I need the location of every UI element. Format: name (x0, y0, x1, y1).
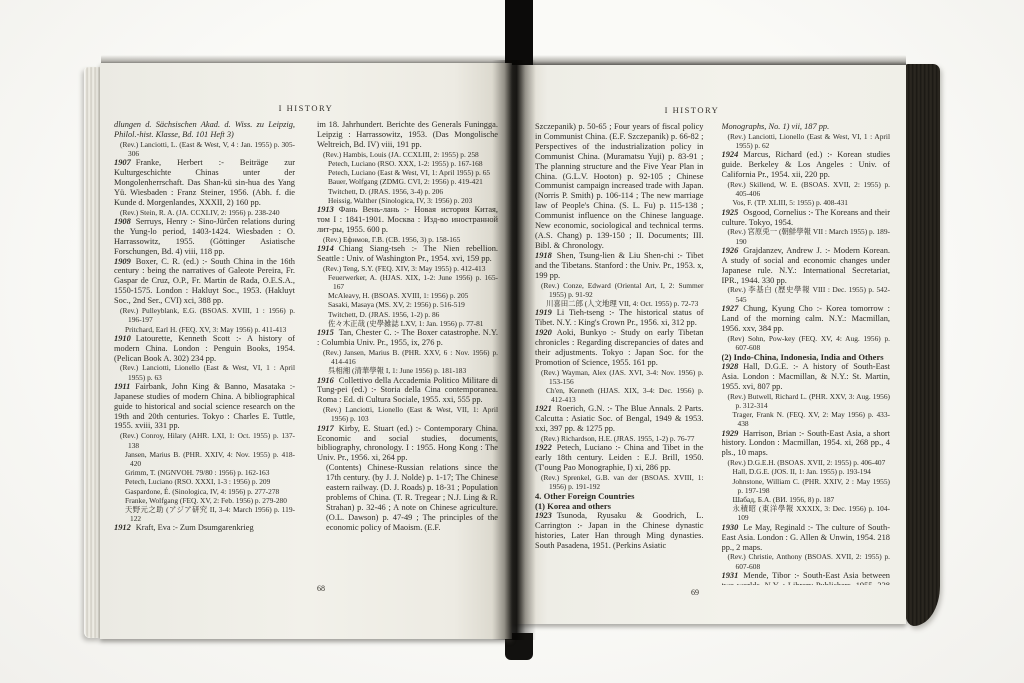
section-heading: 4. Other Foreign Countries (535, 491, 704, 501)
review-citation: (Rev.) Teng, S.Y. (FEQ. XIV, 3: May 1955… (317, 264, 498, 273)
review-citation: (Rev.) Lanciotti, Lionello (East & West,… (114, 363, 295, 381)
review-citation: (Rev.) Hambis, Louis (JA. CCXLIII, 2: 19… (317, 150, 498, 159)
entry-number: 1920 (535, 328, 557, 337)
entry-continuation: Monographs, No. 1) vii, 187 pp. (722, 122, 891, 132)
bib-entry: 1925Osgood, Cornelius :- The Koreans and… (722, 208, 891, 228)
review-citation: Ch'en, Kenneth (HJAS. XIX, 3-4: Dec. 195… (535, 386, 704, 404)
entry-number: 1918 (535, 251, 557, 260)
right-page-columns: Szczepanik) p. 50-65 ; Four years of fis… (535, 122, 890, 585)
entry-number: 1907 (114, 158, 136, 167)
entry-number: 1924 (722, 150, 744, 159)
bib-entry: 1907Franke, Herbert :- Beiträge zur Kult… (114, 158, 295, 208)
running-header-left: I HISTORY (100, 103, 512, 113)
review-citation: (Rev.) Wayman, Alex (JAS. XVI, 3-4: Nov.… (535, 368, 704, 386)
entry-number: 1912 (114, 523, 136, 532)
review-citation: 呉相湘 (清華學報 I, 1: June 1956) p. 181-183 (317, 366, 498, 375)
review-citation: (Rev.) Skillend, W. E. (BSOAS. XVII, 2: … (722, 180, 891, 198)
bib-entry: 1918Shen, Tsung-lien & Liu Shen-chi :- T… (535, 251, 704, 281)
review-citation: Trager, Frank N. (FEQ. XV, 2: May 1956) … (722, 410, 891, 428)
bib-entry: 1913Фань Вень-лань :- Новая история Кита… (317, 205, 498, 235)
bib-entry: 1919Li Tieh-tseng :- The historical stat… (535, 308, 704, 328)
bib-entry: 1930Le May, Reginald :- The culture of S… (722, 523, 891, 553)
entry-number: 1910 (114, 334, 136, 343)
entry-number: 1922 (535, 443, 557, 452)
entry-continuation: Szczepanik) p. 50-65 ; Four years of fis… (535, 122, 704, 251)
bib-entry: 1911Fairbank, John King & Banno, Masatak… (114, 382, 295, 432)
review-citation: Franke, Wolfgang (FEQ. XV, 2: Feb. 1956)… (114, 496, 295, 505)
page-number-left: 68 (115, 584, 527, 593)
bib-entry: 1920Aoki, Bunkyo :- Study on early Tibet… (535, 328, 704, 368)
review-citation: Petech, Luciano (RSO. XXX, 1-2: 1955) p.… (317, 159, 498, 168)
bib-entry: 1923Tsunoda, Ryusaku & Goodrich, L. Carr… (535, 511, 704, 551)
entry-number: 1925 (722, 208, 744, 217)
review-citation: (Rev.) Butwell, Richard L. (PHR. XXV, 3:… (722, 392, 891, 410)
entry-number: 1921 (535, 404, 557, 413)
review-citation: Hall, D.G.E. (JOS. II, 1: Jan. 1955) p. … (722, 467, 891, 476)
review-citation: 佐々木正哉 (史學雑誌 LXV, 1: Jan. 1956) p. 77-81 (317, 319, 498, 328)
review-citation: (Rev.) Richardson, H.E. (JRAS. 1955, 1-2… (535, 434, 704, 443)
review-citation: McAleavy, H. (BSOAS. XVIII, 1: 1956) p. … (317, 291, 498, 300)
bib-entry: 1924Marcus, Richard (ed.) :- Korean stud… (722, 150, 891, 180)
entry-continuation: im 18. Jahrhundert. Berichte des General… (317, 120, 498, 150)
right-page-column-1: Szczepanik) p. 50-65 ; Four years of fis… (535, 122, 704, 585)
right-page-column-2: Monographs, No. 1) vii, 187 pp.(Rev.) La… (722, 122, 891, 585)
right-fore-edge (905, 64, 940, 626)
review-citation: Pritchard, Earl H. (FEQ. XV, 3: May 1956… (114, 325, 295, 334)
bib-entry: 1909Boxer, C. R. (ed.) :- South China in… (114, 257, 295, 307)
bib-entry: 1921Roerich, G.N. :- The Blue Annals. 2 … (535, 404, 704, 434)
review-citation: (Rev.) Stein, R. A. (JA. CCXLIV, 2: 1956… (114, 208, 295, 217)
review-citation: Шабад, Б.А. (ВИ. 1956, 8) p. 187 (722, 495, 891, 504)
review-citation: (Rev.) Lanciotti, Lionello (East & West,… (317, 405, 498, 423)
review-citation: (Rev.) Ефимов, Г.В. (СВ. 1956, 3) p. 158… (317, 235, 498, 244)
left-page-column-2: im 18. Jahrhundert. Berichte des General… (317, 120, 498, 583)
review-citation: Johnstone, William C. (PHR. XXIV, 2 : Ma… (722, 477, 891, 495)
bib-entry: 1926Grajdanzev, Andrew J. :- Modern Kore… (722, 246, 891, 286)
left-page: I HISTORY dlungen d. Sächsischen Akad. d… (100, 63, 512, 639)
entry-number: 1929 (722, 429, 744, 438)
review-citation: (Rev.) Conze, Edward (Oriental Art, I, 2… (535, 281, 704, 299)
left-page-column-1: dlungen d. Sächsischen Akad. d. Wiss. zu… (114, 120, 295, 583)
entry-number: 1916 (317, 376, 339, 385)
review-citation: Bauer, Wolfgang (ZDMG. CVI, 2: 1956) p. … (317, 177, 498, 186)
contents-note: (Contents) Chinese-Russian relations sin… (317, 463, 498, 532)
review-citation: Twitchett, D. (JRAS. 1956, 3-4) p. 206 (317, 187, 498, 196)
entry-number: 1930 (722, 523, 744, 532)
review-citation: (Rev.) Jansen, Marius B. (PHR. XXV, 6 : … (317, 348, 498, 366)
entry-number: 1915 (317, 328, 339, 337)
entry-number: 1914 (317, 244, 339, 253)
review-citation: Sasaki, Masaya (MS. XV, 2: 1956) p. 516-… (317, 300, 498, 309)
entry-number: 1911 (114, 382, 135, 391)
review-citation: Grimm, T. (NGNVOH. 79/80 : 1956) p. 162-… (114, 468, 295, 477)
bib-entry: 1922Petech, Luciano :- China and Tibet i… (535, 443, 704, 473)
entry-number: 1908 (114, 217, 136, 226)
entry-number: 1909 (114, 257, 136, 266)
review-citation: (Rev) Sohn, Pow-key (FEQ. XV, 4: Aug. 19… (722, 334, 891, 352)
review-citation: (Rev.) 宮原兎一 (朝鮮學報 VII : March 1955) p. 1… (722, 227, 891, 245)
review-citation: (Rev.) Sprenkel, G.B. van der (BSOAS. XV… (535, 473, 704, 491)
entry-number: 1928 (722, 362, 744, 371)
entry-number: 1913 (317, 205, 339, 214)
subsection-heading: (1) Korea and others (535, 501, 704, 511)
bib-entry: 1908Serruys, Henry :- Sino-Jürčen relati… (114, 217, 295, 257)
bib-entry: 1931Mende, Tibor :- South-East Asia betw… (722, 571, 891, 585)
review-citation: Petech, Luciano (East & West, VI, 1: Apr… (317, 168, 498, 177)
bib-entry: 1915Tan, Chester C. :- The Boxer catastr… (317, 328, 498, 348)
bib-entry: 1928Hall, D.G.E. :- A history of South-E… (722, 362, 891, 392)
left-page-edges (84, 67, 101, 638)
entry-continuation: dlungen d. Sächsischen Akad. d. Wiss. zu… (114, 120, 295, 140)
review-citation: (Rev.) Pulleyblank, E.G. (BSOAS. XVIII, … (114, 306, 295, 324)
left-page-columns: dlungen d. Sächsischen Akad. d. Wiss. zu… (114, 120, 498, 583)
book-photo: I HISTORY dlungen d. Sächsischen Akad. d… (0, 0, 1024, 683)
review-citation: Twitchett, D. (JRAS. 1956, 1-2) p. 86 (317, 310, 498, 319)
entry-number: 1926 (722, 246, 744, 255)
review-citation: 川喜田二郎 (人文地理 VII, 4: Oct. 1955) p. 72-73 (535, 299, 704, 308)
subsection-heading: (2) Indo-China, Indonesia, India and Oth… (722, 352, 891, 362)
review-citation: (Rev.) Conroy, Hilary (AHR. LXI, 1: Oct.… (114, 431, 295, 449)
right-page: I HISTORY Szczepanik) p. 50-65 ; Four ye… (512, 65, 906, 624)
entry-number: 1919 (535, 308, 557, 317)
page-number-right: 69 (498, 588, 892, 597)
entry-number: 1917 (317, 424, 339, 433)
bib-entry: 1929Harrison, Brian :- South-East Asia, … (722, 429, 891, 459)
review-citation: 天野元之助 (アジア研究 II, 3-4: March 1956) p. 119… (114, 505, 295, 523)
entry-number: 1927 (722, 304, 744, 313)
review-citation: (Rev.) D.G.E.H. (BSOAS. XVII, 2: 1955) p… (722, 458, 891, 467)
review-citation: (Rev.) Christie, Anthony (BSOAS. XVII, 2… (722, 552, 891, 570)
bib-entry: 1912Kraft, Eva :- Zum Dsumgarenkrieg (114, 523, 295, 533)
bib-entry: 1917Kirby, E. Stuart (ed.) :- Contempora… (317, 424, 498, 464)
running-header-right: I HISTORY (495, 105, 889, 115)
review-citation: (Rev.) 李基白 (歴史學報 VIII : Dec. 1955) p. 54… (722, 285, 891, 303)
review-citation: Jansen, Marius B. (PHR. XXIV, 4: Nov. 19… (114, 450, 295, 468)
review-citation: Vos, F. (TP. XLIII, 5: 1955) p. 408-431 (722, 198, 891, 207)
review-citation: Petech, Luciano (RSO. XXXI, 1-3 : 1956) … (114, 477, 295, 486)
review-citation: (Rev.) Lanciotti, Lionello (East & West,… (722, 132, 891, 150)
bib-entry: 1927Chung, Kyung Cho :- Korea tomorrow :… (722, 304, 891, 334)
bib-entry: 1916Collettivo della Accademia Politico … (317, 376, 498, 406)
book-spine-top (505, 0, 533, 66)
entry-number: 1923 (535, 511, 557, 520)
review-citation: Feuerwerker, A. (HJAS. XIX, 1-2: June 19… (317, 273, 498, 291)
bib-entry: 1914Chiang Siang-tseh :- The Nien rebell… (317, 244, 498, 264)
review-citation: Gaspardone, É. (Sinologica, IV, 4: 1956)… (114, 487, 295, 496)
review-citation: (Rev.) Lanciotti, L. (East & West, V, 4 … (114, 140, 295, 158)
review-citation: Heissig, Walther (Sinologica, IV, 3: 195… (317, 196, 498, 205)
entry-number: 1931 (722, 571, 744, 580)
bib-entry: 1910Latourette, Kenneth Scott :- A histo… (114, 334, 295, 364)
review-citation: 永積昭 (東洋學報 XXXIX, 3: Dec. 1956) p. 104-10… (722, 504, 891, 522)
